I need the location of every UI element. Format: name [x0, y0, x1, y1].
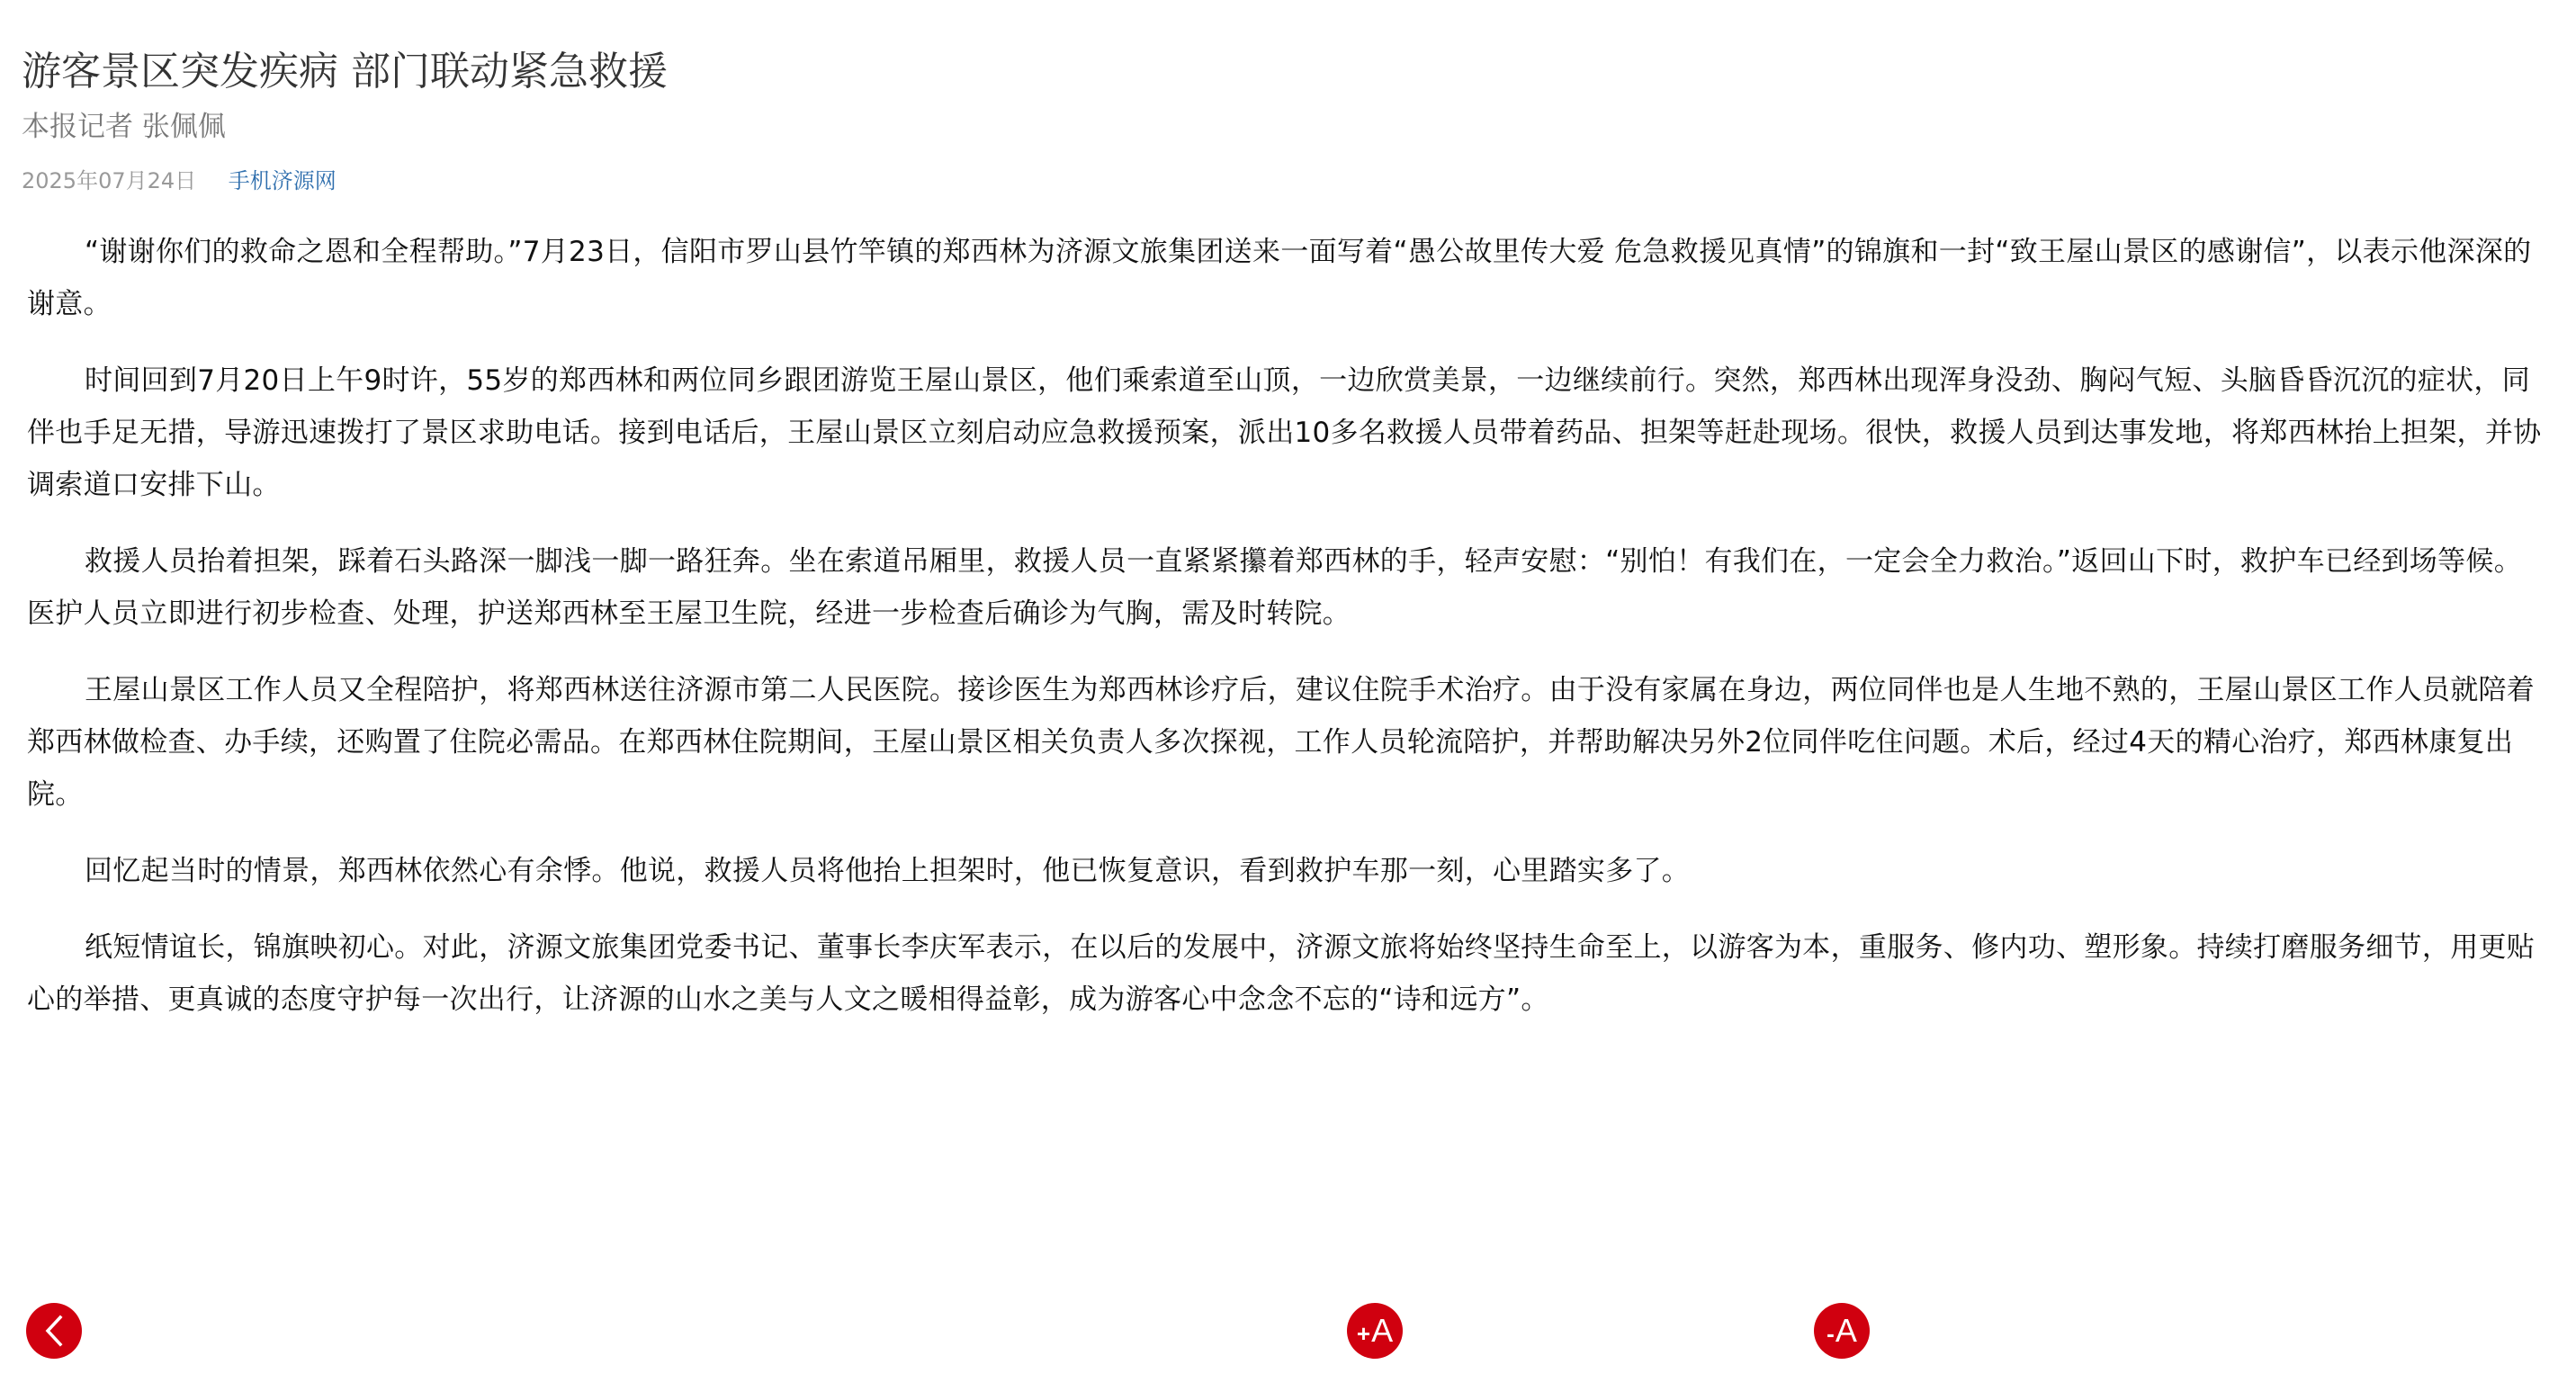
chevron-left-icon: [40, 1313, 67, 1349]
font-decrease-button[interactable]: -A: [1814, 1303, 1870, 1359]
font-decrease-icon: -A: [1827, 1315, 1857, 1350]
font-increase-icon: +A: [1357, 1315, 1393, 1350]
paragraph: 时间回到7月20日上午9时许，55岁的郑西林和两位同乡跟团游览王屋山景区，他们乘…: [27, 355, 2546, 511]
source-link[interactable]: 手机济源网: [229, 168, 337, 193]
paragraph: 救援人员抬着担架，踩着石头路深一脚浅一脚一路狂奔。坐在索道吊厢里，救援人员一直紧…: [27, 535, 2546, 640]
publish-date: 2025年07月24日: [22, 168, 196, 193]
paragraph: 回忆起当时的情景，郑西林依然心有余悸。他说，救援人员将他抬上担架时，他已恢复意识…: [27, 845, 2546, 897]
paragraph: “谢谢你们的救命之恩和全程帮助。”7月23日，信阳市罗山县竹竿镇的郑西林为济源文…: [27, 226, 2546, 330]
paragraph: 纸短情谊长，锦旗映初心。对此，济源文旅集团党委书记、董事长李庆军表示，在以后的发…: [27, 921, 2546, 1026]
font-increase-button[interactable]: +A: [1347, 1303, 1403, 1359]
back-button[interactable]: [26, 1303, 82, 1359]
paragraph: 王屋山景区工作人员又全程陪护，将郑西林送往济源市第二人民医院。接诊医生为郑西林诊…: [27, 664, 2546, 821]
article-body: “谢谢你们的救命之恩和全程帮助。”7月23日，信阳市罗山县竹竿镇的郑西林为济源文…: [27, 226, 2546, 1050]
article-author: 本报记者 张佩佩: [22, 106, 226, 148]
article-title: 游客景区突发疾病 部门联动紧急救援: [22, 45, 668, 99]
article-meta: 2025年07月24日 手机济源网: [22, 165, 337, 197]
